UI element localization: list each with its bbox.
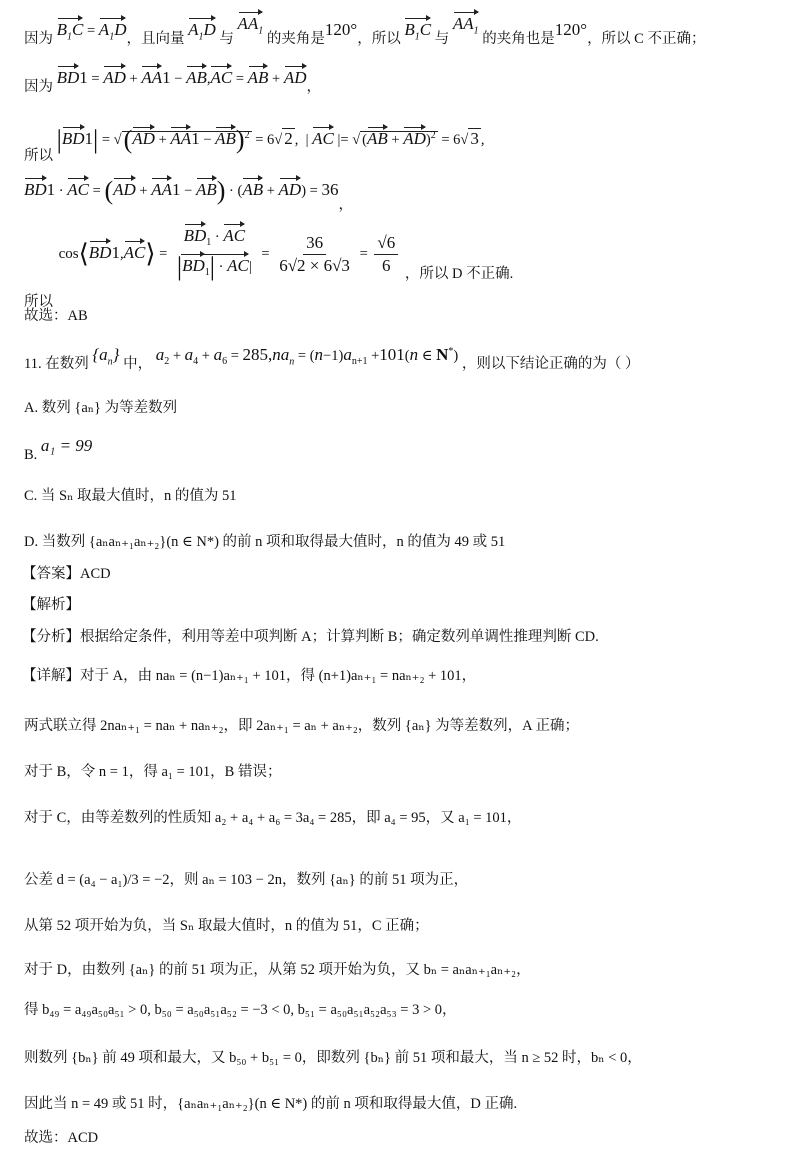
option-label: B.: [24, 447, 37, 463]
answer-tag: 【答案】: [22, 566, 80, 582]
prev-line-5: 所以 cos⟨BD1,AC⟩ = BD1 · AC|BD1| · AC| = 3…: [24, 226, 513, 283]
fenxi: 【分析】根据给定条件，利用等差中项判断 A；计算判断 B；确定数列单调性推理判断…: [22, 627, 599, 647]
math-expr: BD1 · AC = (AD + AA1 − AB) · (AB + AD) =…: [24, 183, 338, 199]
text: 与: [219, 31, 234, 47]
prev-line-2: 因为 BD1 = AD + AA1 − AB,AC = AB + AD，: [24, 76, 321, 97]
option-label: C.: [24, 488, 37, 504]
math-expr: |BD1| = √(AD + AA1 − AB)2 = 6√2, | AC |=…: [57, 132, 485, 148]
answer-value: ACD: [80, 566, 111, 582]
option-d: D. 当数列 {aₙaₙ₊₁aₙ₊₂}(n ∈ N*) 的前 n 项和取得最大值…: [24, 532, 505, 552]
math-vec: AA1: [453, 14, 479, 41]
option-b: B. a₁ = 99: [24, 444, 92, 465]
detail-line-2: 两式联立得 2naₙ₊₁ = naₙ + naₙ₊₂，即 2aₙ₊₁ = aₙ …: [24, 716, 579, 736]
question-stem: 11. 在数列 {an} 中， a2 + a4 + a6 = 285,nan =…: [24, 350, 639, 380]
text: ，所以 D 不正确.: [405, 266, 513, 282]
prev-line-1: 因为 B1C = A1D，且向量 A1D 与 AA1 的夹角是120°，所以 B…: [24, 28, 705, 55]
text: ，: [307, 79, 322, 95]
math-seq: {an}: [92, 345, 119, 364]
text: 的夹角是: [267, 31, 325, 47]
detail-line-9: 则数列 {bₙ} 前 49 项和最大，又 b₅₀ + b₅₁ = 0，即数列 {…: [24, 1048, 642, 1068]
math-vec: B1C: [404, 20, 431, 47]
detail-line-8: 得 b₄₉ = a₄₉a₅₀a₅₁ > 0, b₅₀ = a₅₀a₅₁a₅₂ =…: [24, 1000, 457, 1020]
prev-line-4: BD1 · AC = (AD + AA1 − AB) · (AB + AD) =…: [24, 180, 353, 201]
math-condition: a2 + a4 + a6 = 285,nan = (n−1)an+1 +101(…: [156, 348, 459, 364]
math-expr: BD1 = AD + AA1 − AB,AC = AB + AD: [57, 71, 307, 87]
math-vec: AA1: [238, 14, 264, 41]
option-label: D.: [24, 534, 38, 550]
detail-line-6: 从第 52 项开始为负，当 Sₙ 取最大值时，n 的值为 51，C 正确；: [24, 916, 429, 936]
math-eq: B1C = A1D: [57, 23, 127, 39]
option-label: A.: [24, 400, 38, 416]
math-vec: A1D: [188, 20, 216, 47]
math-cos: cos⟨BD1,AC⟩ = BD1 · AC|BD1| · AC| = 366√…: [59, 246, 405, 262]
text: 与: [435, 31, 450, 47]
detail-line-7: 对于 D，由数列 {aₙ} 的前 51 项为正，从第 52 项开始为负，又 bₙ…: [24, 960, 531, 980]
text: ，: [338, 197, 353, 213]
detail-line-1: 【详解】对于 A，由 naₙ = (n−1)aₙ₊₁ + 101，得 (n+1)…: [22, 666, 476, 686]
text: 因为: [24, 31, 53, 47]
fenxi-text: 根据给定条件，利用等差中项判断 A；计算判断 B；确定数列单调性推理判断 CD.: [80, 629, 599, 645]
option-a: A. 数列 {aₙ} 为等差数列: [24, 398, 177, 418]
question-number: 11.: [24, 356, 42, 372]
prev-line-3: 所以 |BD1| = √(AD + AA1 − AB)2 = 6√2, | AC…: [24, 142, 485, 166]
detail-line-10: 因此当 n = 49 或 51 时，{aₙaₙ₊₁aₙ₊₂}(n ∈ N*) 的…: [24, 1094, 517, 1114]
detail-line-5: 公差 d = (a₄ − a₁)/3 = −2，则 aₙ = 103 − 2n，…: [24, 870, 468, 890]
fenxi-tag: 【分析】: [22, 629, 80, 645]
detail-tag: 【详解】: [22, 668, 80, 684]
prev-choice: 故选：AB: [24, 306, 88, 326]
option-text: a₁ = 99: [41, 436, 92, 455]
option-text: 当数列 {aₙaₙ₊₁aₙ₊₂}(n ∈ N*) 的前 n 项和取得最大值时，n…: [42, 534, 506, 550]
text: 在数列: [45, 356, 89, 372]
text: ，所以: [357, 31, 401, 47]
text: 因为: [24, 79, 53, 95]
text: ，且向量: [126, 31, 184, 47]
answer: 【答案】ACD: [22, 564, 111, 584]
math-angle: 120°: [555, 20, 587, 39]
detail-line-3: 对于 B，令 n = 1，得 a₁ = 101，B 错误；: [24, 762, 281, 782]
option-text: 数列 {aₙ} 为等差数列: [42, 400, 177, 416]
detail-text: 对于 A，由 naₙ = (n−1)aₙ₊₁ + 101，得 (n+1)aₙ₊₁…: [80, 668, 476, 684]
analysis-tag: 【解析】: [22, 595, 80, 615]
detail-line-4: 对于 C，由等差数列的性质知 a₂ + a₄ + a₆ = 3a₄ = 285，…: [24, 808, 521, 828]
text: ，则以下结论正确的为（ ）: [462, 356, 640, 372]
text: 的夹角也是: [482, 31, 555, 47]
final-choice: 故选：ACD: [24, 1128, 98, 1148]
option-text: 当 Sₙ 取最大值时，n 的值为 51: [41, 488, 237, 504]
text: ，所以 C 不正确；: [587, 31, 705, 47]
text: 所以: [24, 148, 53, 164]
math-angle: 120°: [325, 20, 357, 39]
text: 中，: [123, 356, 152, 372]
option-c: C. 当 Sₙ 取最大值时，n 的值为 51: [24, 486, 237, 506]
